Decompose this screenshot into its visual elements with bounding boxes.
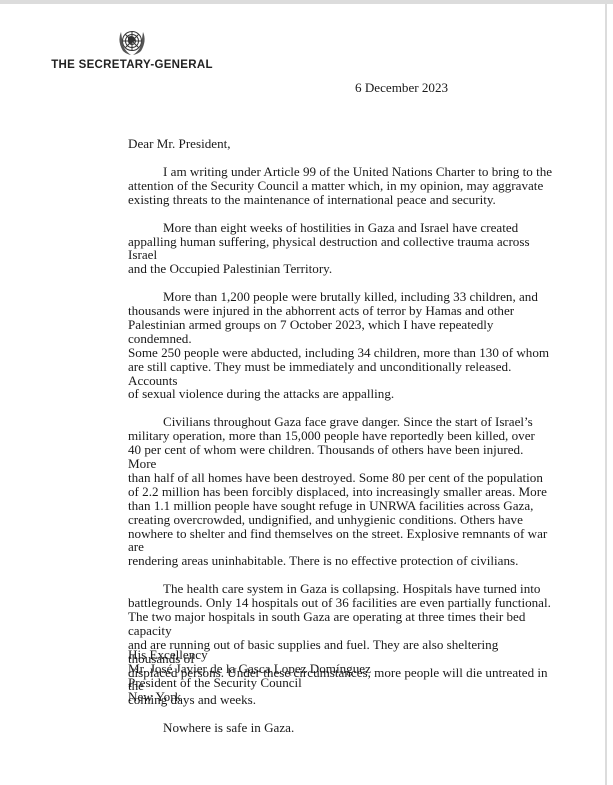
addressee-location: New York [128, 690, 371, 704]
paragraph-nowhere-safe: Nowhere is safe in Gaza. [128, 721, 553, 735]
addressee-title: President of the Security Council [128, 676, 371, 690]
addressee-block: His Excellency Mr. José Javier de la Gas… [128, 648, 371, 704]
page-top-border [0, 0, 613, 4]
paragraph-hostilities: More than eight weeks of hostilities in … [128, 221, 553, 277]
un-emblem-icon [115, 26, 149, 58]
paragraph-october-7: More than 1,200 people were brutally kil… [128, 290, 553, 401]
addressee-honorific: His Excellency [128, 648, 371, 662]
letterhead-title: THE SECRETARY-GENERAL [47, 59, 217, 71]
page-right-border [605, 0, 607, 785]
letterhead: THE SECRETARY-GENERAL [47, 26, 217, 71]
salutation: Dear Mr. President, [128, 137, 231, 151]
paragraph-article-99: I am writing under Article 99 of the Uni… [128, 165, 553, 207]
paragraph-civilians: Civilians throughout Gaza face grave dan… [128, 415, 553, 568]
addressee-name: Mr. José Javier de la Gasca Lopez Domíng… [128, 662, 371, 676]
letter-date: 6 December 2023 [355, 81, 448, 95]
